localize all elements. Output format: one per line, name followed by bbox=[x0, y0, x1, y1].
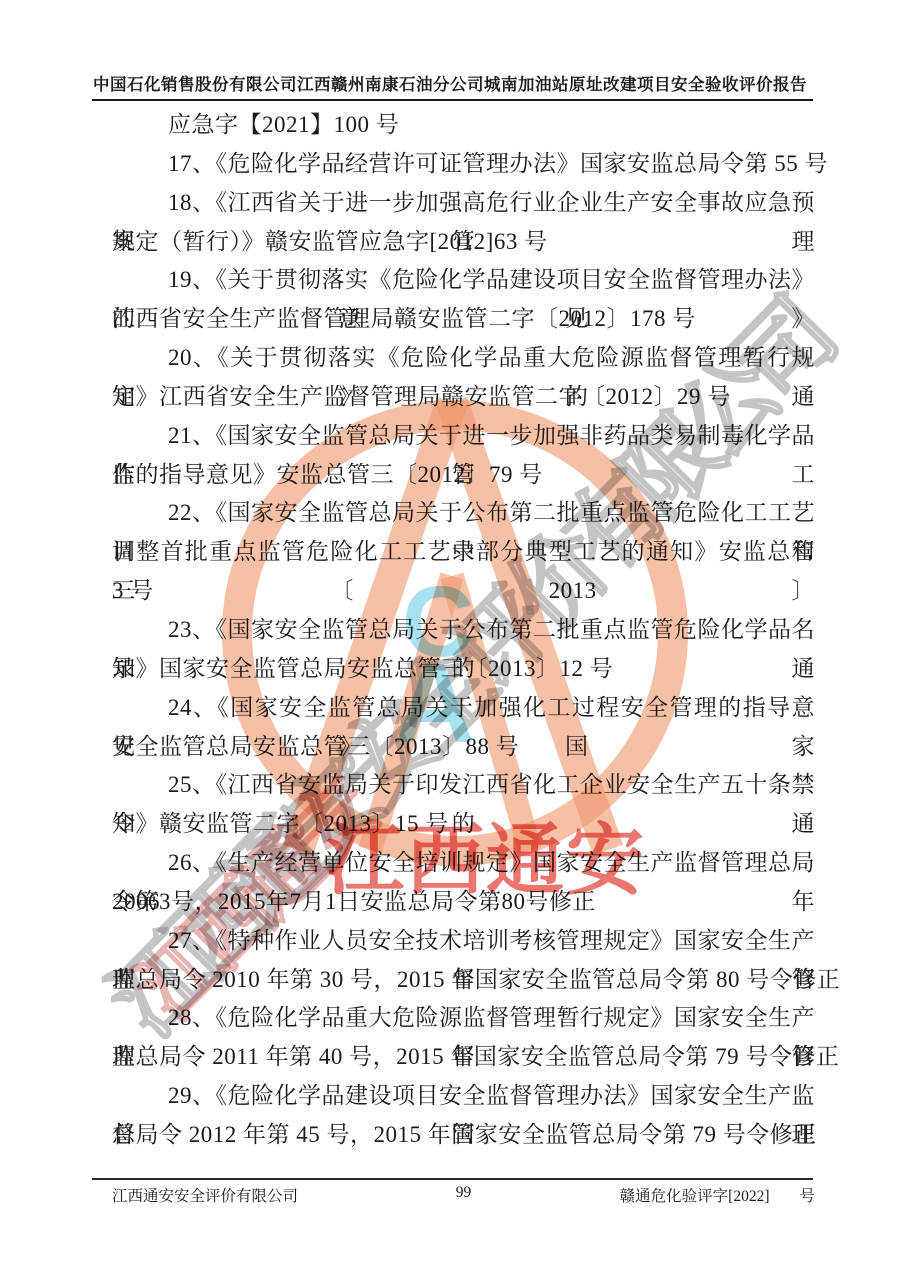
page-footer: 江西通安安全评价有限公司 99 赣通危化验评字[2022]号 bbox=[112, 1184, 815, 1208]
body-line: 20、《关于贯彻落实《危险化学品重大危险源监督管理暂行规定》的通 bbox=[112, 339, 815, 378]
report-page: 中国石化销售股份有限公司江西赣州南康石油分公司城南加油站原址改建项目安全验收评价… bbox=[0, 0, 900, 1272]
footer-doc-number-text: 赣通危化验评字[2022] bbox=[620, 1188, 770, 1205]
body-line: 26、《生产经营单位安全培训规定》国家安全生产监督管理总局2006年 bbox=[112, 844, 815, 883]
body-line: 18、《江西省关于进一步加强高危行业企业生产安全事故应急预案管理 bbox=[112, 184, 815, 223]
body-line: 理总局令 2011 年第 40 号，2015 年国家安全监管总局令第 79 号令… bbox=[112, 1038, 815, 1077]
body-lines: 应急字【2021】100 号17、《危险化学品经营许可证管理办法》国家安监总局令… bbox=[112, 106, 815, 1155]
footer-divider bbox=[92, 1178, 813, 1180]
body-line: 24、《国家安全监管总局关于加强化工过程安全管理的指导意见》国家 bbox=[112, 689, 815, 728]
footer-doc-number-suffix: 号 bbox=[799, 1188, 815, 1205]
body-line: 23、《国家安全监管总局关于公布第二批重点监管危险化学品名录的通 bbox=[112, 611, 815, 650]
header-divider bbox=[92, 99, 813, 101]
body-line: 29、《危险化学品建设项目安全监督管理办法》国家安全生产监督管理 bbox=[112, 1077, 815, 1116]
body-line: 调整首批重点监管危险化工工艺中部分典型工艺的通知》安监总管三〔2013〕 bbox=[112, 533, 815, 572]
body-line: 19、《关于贯彻落实《危险化学品建设项目安全监督管理办法》的意见》 bbox=[112, 261, 815, 300]
body-line: 17、《危险化学品经营许可证管理办法》国家安监总局令第 55 号 bbox=[112, 145, 815, 184]
page-header-title: 中国石化销售股份有限公司江西赣州南康石油分公司城南加油站原址改建项目安全验收评价… bbox=[0, 71, 900, 95]
body-line: 25、《江西省安监局关于印发江西省化工企业安全生产五十条禁令的通 bbox=[112, 766, 815, 805]
body-line: 22、《国家安全监管总局关于公布第二批重点监管危险化工工艺目录和 bbox=[112, 494, 815, 533]
body-line: 理总局令 2010 年第 30 号，2015 年国家安全监管总局令第 80 号令… bbox=[112, 961, 815, 1000]
body-line: 28、《危险化学品重大危险源监督管理暂行规定》国家安全生产监督管 bbox=[112, 999, 815, 1038]
body-line: 总局令 2012 年第 45 号，2015 年国家安全监管总局令第 79 号令修… bbox=[112, 1116, 815, 1155]
body-line: 21、《国家安全监管总局关于进一步加强非药品类易制毒化学品监管工 bbox=[112, 417, 815, 456]
body-line: 27、《特种作业人员安全技术培训考核管理规定》国家安全生产监督管 bbox=[112, 922, 815, 961]
footer-doc-number: 赣通危化验评字[2022]号 bbox=[620, 1184, 815, 1206]
body-line: 应急字【2021】100 号 bbox=[112, 106, 815, 145]
body-line: 知》江西省安全生产监督管理局赣安监管二字〔2012〕29 号 bbox=[112, 378, 815, 417]
